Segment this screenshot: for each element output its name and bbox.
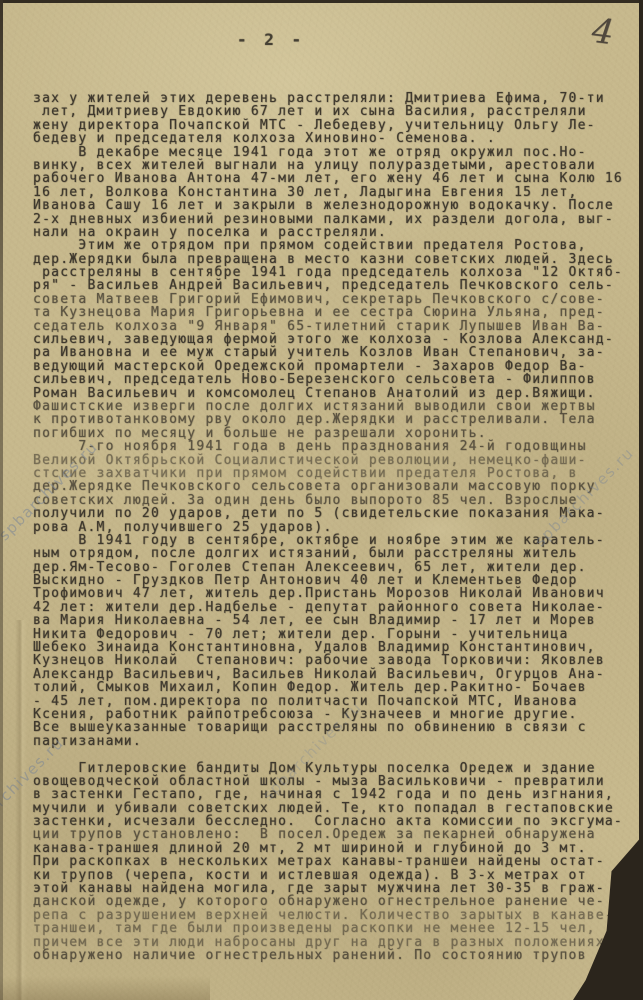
- document-line: причем все эти люди набросаны друг на др…: [33, 936, 639, 949]
- document-line: к противотанковому рву около дер.Жерядки…: [33, 413, 639, 426]
- document-line: бедеву и председателя колхоза Хиновино- …: [33, 132, 639, 145]
- document-line: траншеи, там где были произведены раскоп…: [33, 922, 639, 935]
- document-line: При раскопках в нескольких метрах канавы…: [33, 855, 639, 868]
- document-line: получили по 20 ударов, дети по 5 (свидет…: [33, 507, 639, 520]
- document-line: Никита Федорович - 70 лет; жители дер. Г…: [33, 628, 639, 641]
- handwritten-page-number: 4: [590, 11, 616, 53]
- document-line: ра Ивановна и ее муж старый учитель Козл…: [33, 346, 639, 359]
- document-line: Трофимович 47 лет, житель дер.Пристань М…: [33, 587, 639, 600]
- document-line: в застенки Гестапо, где, начиная с 1942 …: [33, 788, 639, 801]
- document-line: ведующий мастерской Оредежской промартел…: [33, 360, 639, 373]
- document-line: 16 лет, Волкова Константина 30 лет, Лады…: [33, 186, 639, 199]
- document-line: Кузнецов Николай Степанович: рабочие зав…: [33, 654, 639, 667]
- document-line: дер.Жерядке Печковского сельсовета орган…: [33, 480, 639, 493]
- document-line: Фашистские изверги после долгих истязани…: [33, 400, 639, 413]
- scan-edge-left: [0, 0, 3, 1000]
- document-line: Этим же отрядом при прямом содействии пр…: [33, 239, 639, 252]
- document-text-block: зах у жителей этих деревень расстреляли:…: [33, 92, 639, 962]
- document-line: Великой Октябрьской Социалистической рев…: [33, 454, 639, 467]
- document-line: [33, 748, 639, 761]
- document-line: ря" - Васильев Андрей Васильевич, предсе…: [33, 279, 639, 292]
- document-line: партизанами.: [33, 735, 639, 748]
- document-line: дер.Ям-Тесово- Гоголев Степан Алексеевич…: [33, 561, 639, 574]
- document-line: Гитлеровские бандиты Дом Культуры поселк…: [33, 762, 639, 775]
- document-line: рабочего Иванова Антона 47-ми лет, его ж…: [33, 172, 639, 185]
- document-line: стские захватчики при прямом содействии …: [33, 467, 639, 480]
- document-line: В декабре месяце 1941 года этот же отряд…: [33, 146, 639, 159]
- document-line: обнаружено наличие огнестрельных ранений…: [33, 949, 639, 962]
- document-line: 7-го ноября 1941 года в день праздновани…: [33, 440, 639, 453]
- document-line: 2-х дневных избиений резиновыми палками,…: [33, 213, 639, 226]
- page-number-header: - 2 -: [237, 30, 305, 49]
- document-line: совета Матвеев Григорий Ефимович, секрет…: [33, 293, 639, 306]
- document-line: лет, Дмитриеву Евдокию 67 лет и их сына …: [33, 105, 639, 118]
- document-line: седатель колхоза "9 Января" 65-тилетний …: [33, 320, 639, 333]
- document-line: ва Мария Николаевна - 54 лет, ее сын Вла…: [33, 614, 639, 627]
- document-line: сильевич, председатель Ново-Березенского…: [33, 373, 639, 386]
- document-line: зах у жителей этих деревень расстреляли:…: [33, 92, 639, 105]
- scan-edge-top: [0, 0, 643, 3]
- document-line: та Кузнецова Мария Григорьевна и ее сест…: [33, 306, 639, 319]
- document-line: овощеводческой областной школы - мыза Ва…: [33, 775, 639, 788]
- document-line: 42 лет: жители дер.Надбелье - депутат ра…: [33, 601, 639, 614]
- document-line: данской одежде, у которого обнаружено ог…: [33, 895, 639, 908]
- document-line: Все вышеуказанные товарищи расстреляны п…: [33, 721, 639, 734]
- document-line: ным отрядом, после долгих истязаний, был…: [33, 547, 639, 560]
- document-line: Роман Васильевич и комсомолец Степанов А…: [33, 387, 639, 400]
- document-line: Иванова Сашу 16 лет и закрыли в железнод…: [33, 199, 639, 212]
- document-line: ции трупов установлено: В посел.Оредеж з…: [33, 828, 639, 841]
- document-line: толий, Смыков Михаил, Копин Федор. Жител…: [33, 681, 639, 694]
- document-page: - 2 - 4 зах у жителей этих деревень расс…: [0, 0, 643, 1000]
- document-line: советских людей. За один день было выпор…: [33, 494, 639, 507]
- paper-fold-bottom: [0, 976, 210, 1000]
- document-line: рова А.М, получившего 25 ударов).: [33, 521, 639, 534]
- paper-crease-vertical: [15, 620, 27, 1000]
- document-line: - 45 лет, пом.директора по политчасти По…: [33, 695, 639, 708]
